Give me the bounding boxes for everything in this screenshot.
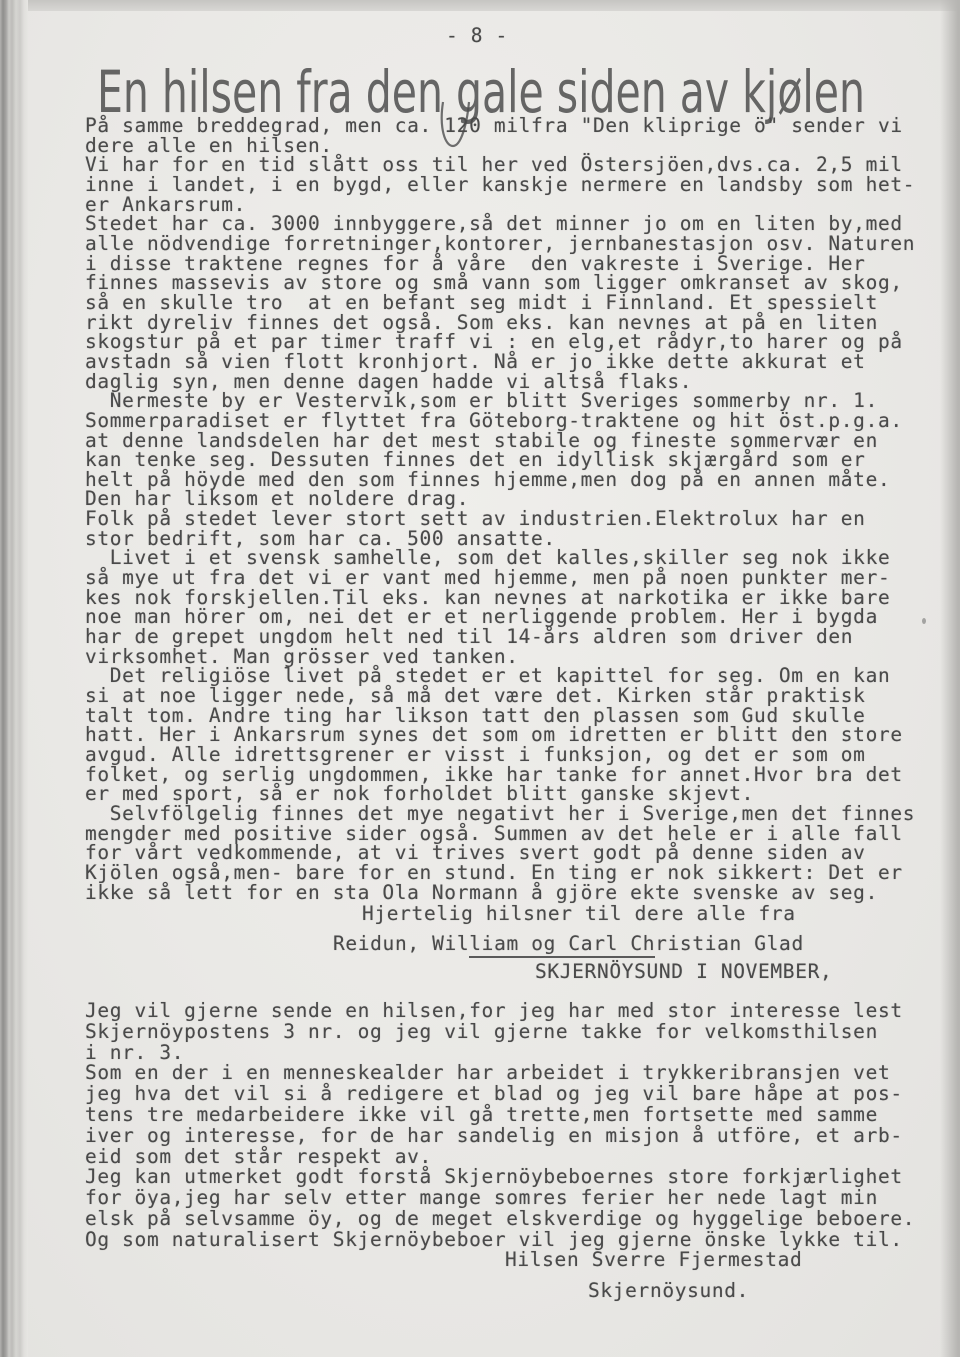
text-line: si at noe ligger nede, så må det være de… xyxy=(85,686,915,706)
text-line: skogstur på et par timer traff vi : en e… xyxy=(85,332,915,352)
text-line: ikke så lett for en sta Ola Normann å gj… xyxy=(85,883,915,903)
text-line: elsk på selvsamme öy, og de meget elskve… xyxy=(85,1209,915,1230)
text-line: Stedet har ca. 3000 innbyggere,så det mi… xyxy=(85,214,915,234)
text-line: Nermeste by er Vestervik,som er blitt Sv… xyxy=(85,391,915,411)
text-line: Kjölen også,men- bare for en stund. En t… xyxy=(85,863,915,883)
signature-underlined: liam og Carl Ch xyxy=(469,932,655,958)
text-line: for öya,jeg har selv etter mange somres … xyxy=(85,1188,915,1209)
text-line: så mye ut fra det vi er vant med hjemme,… xyxy=(85,568,915,588)
letter2-body: Jeg vil gjerne sende en hilsen,for jeg h… xyxy=(85,1001,915,1251)
letter1-body: På samme breddegrad, men ca. 120 milfra … xyxy=(85,116,915,902)
text-line: finnes massevis av store og små vann som… xyxy=(85,273,915,293)
letter1-signature: Reidun, William og Carl Christian Glad xyxy=(333,934,804,954)
text-line: Sommerparadiset er flyttet fra Göteborg-… xyxy=(85,411,915,431)
text-line: så en skulle tro at en befant seg midt i… xyxy=(85,293,915,313)
page-number: - 8 - xyxy=(446,26,508,46)
text-line: Folk på stedet lever stort sett av indus… xyxy=(85,509,915,529)
text-line: iver og interesse, for de har sandelig e… xyxy=(85,1126,915,1147)
text-line: avgud. Alle idrettsgrener er visst i fun… xyxy=(85,745,915,765)
text-line: Skjernöypostens 3 nr. og jeg vil gjerne … xyxy=(85,1022,915,1043)
text-line: i nr. 3. xyxy=(85,1043,915,1064)
text-line: alle nödvendige forretninger,kontorer, j… xyxy=(85,234,915,254)
page-top-edge xyxy=(28,0,960,11)
letter2-closing: Hilsen Sverre Fjermestad xyxy=(505,1250,802,1270)
text-line: for vårt vedkommende, at vi trives svert… xyxy=(85,843,915,863)
text-line: Selvfölgelig finnes det mye negativt her… xyxy=(85,804,915,824)
text-line: har de grepet ungdom helt ned til 14-års… xyxy=(85,627,915,647)
text-line: jeg hva det vil si å redigere et blad og… xyxy=(85,1084,915,1105)
letter2-location: Skjernöysund. xyxy=(588,1281,749,1301)
signature-pre: Reidun, Wil xyxy=(333,932,469,955)
letter1-dateline: SKJERNÖYSUND I NOVEMBER, xyxy=(535,962,832,982)
text-line: tens tre medarbeidere ikke vil gå trette… xyxy=(85,1105,915,1126)
page-right-edge xyxy=(940,0,960,1357)
text-line: kan tenke seg. Dessuten finnes det en id… xyxy=(85,450,915,470)
signature-post: ristian Glad xyxy=(655,932,804,955)
letter1-closing: Hjertelig hilsner til dere alle fra xyxy=(362,904,796,924)
ink-speck xyxy=(922,618,926,624)
book-binding xyxy=(0,0,28,1357)
text-line: Jeg kan utmerket godt forstå Skjernöybeb… xyxy=(85,1167,915,1188)
text-line: inne i landet, i en bygd, eller kanskje … xyxy=(85,175,915,195)
text-line: avstadn så vien flott kronhjort. Nå er j… xyxy=(85,352,915,372)
text-line: Jeg vil gjerne sende en hilsen,for jeg h… xyxy=(85,1001,915,1022)
text-line: På samme breddegrad, men ca. 120 milfra … xyxy=(85,116,915,136)
